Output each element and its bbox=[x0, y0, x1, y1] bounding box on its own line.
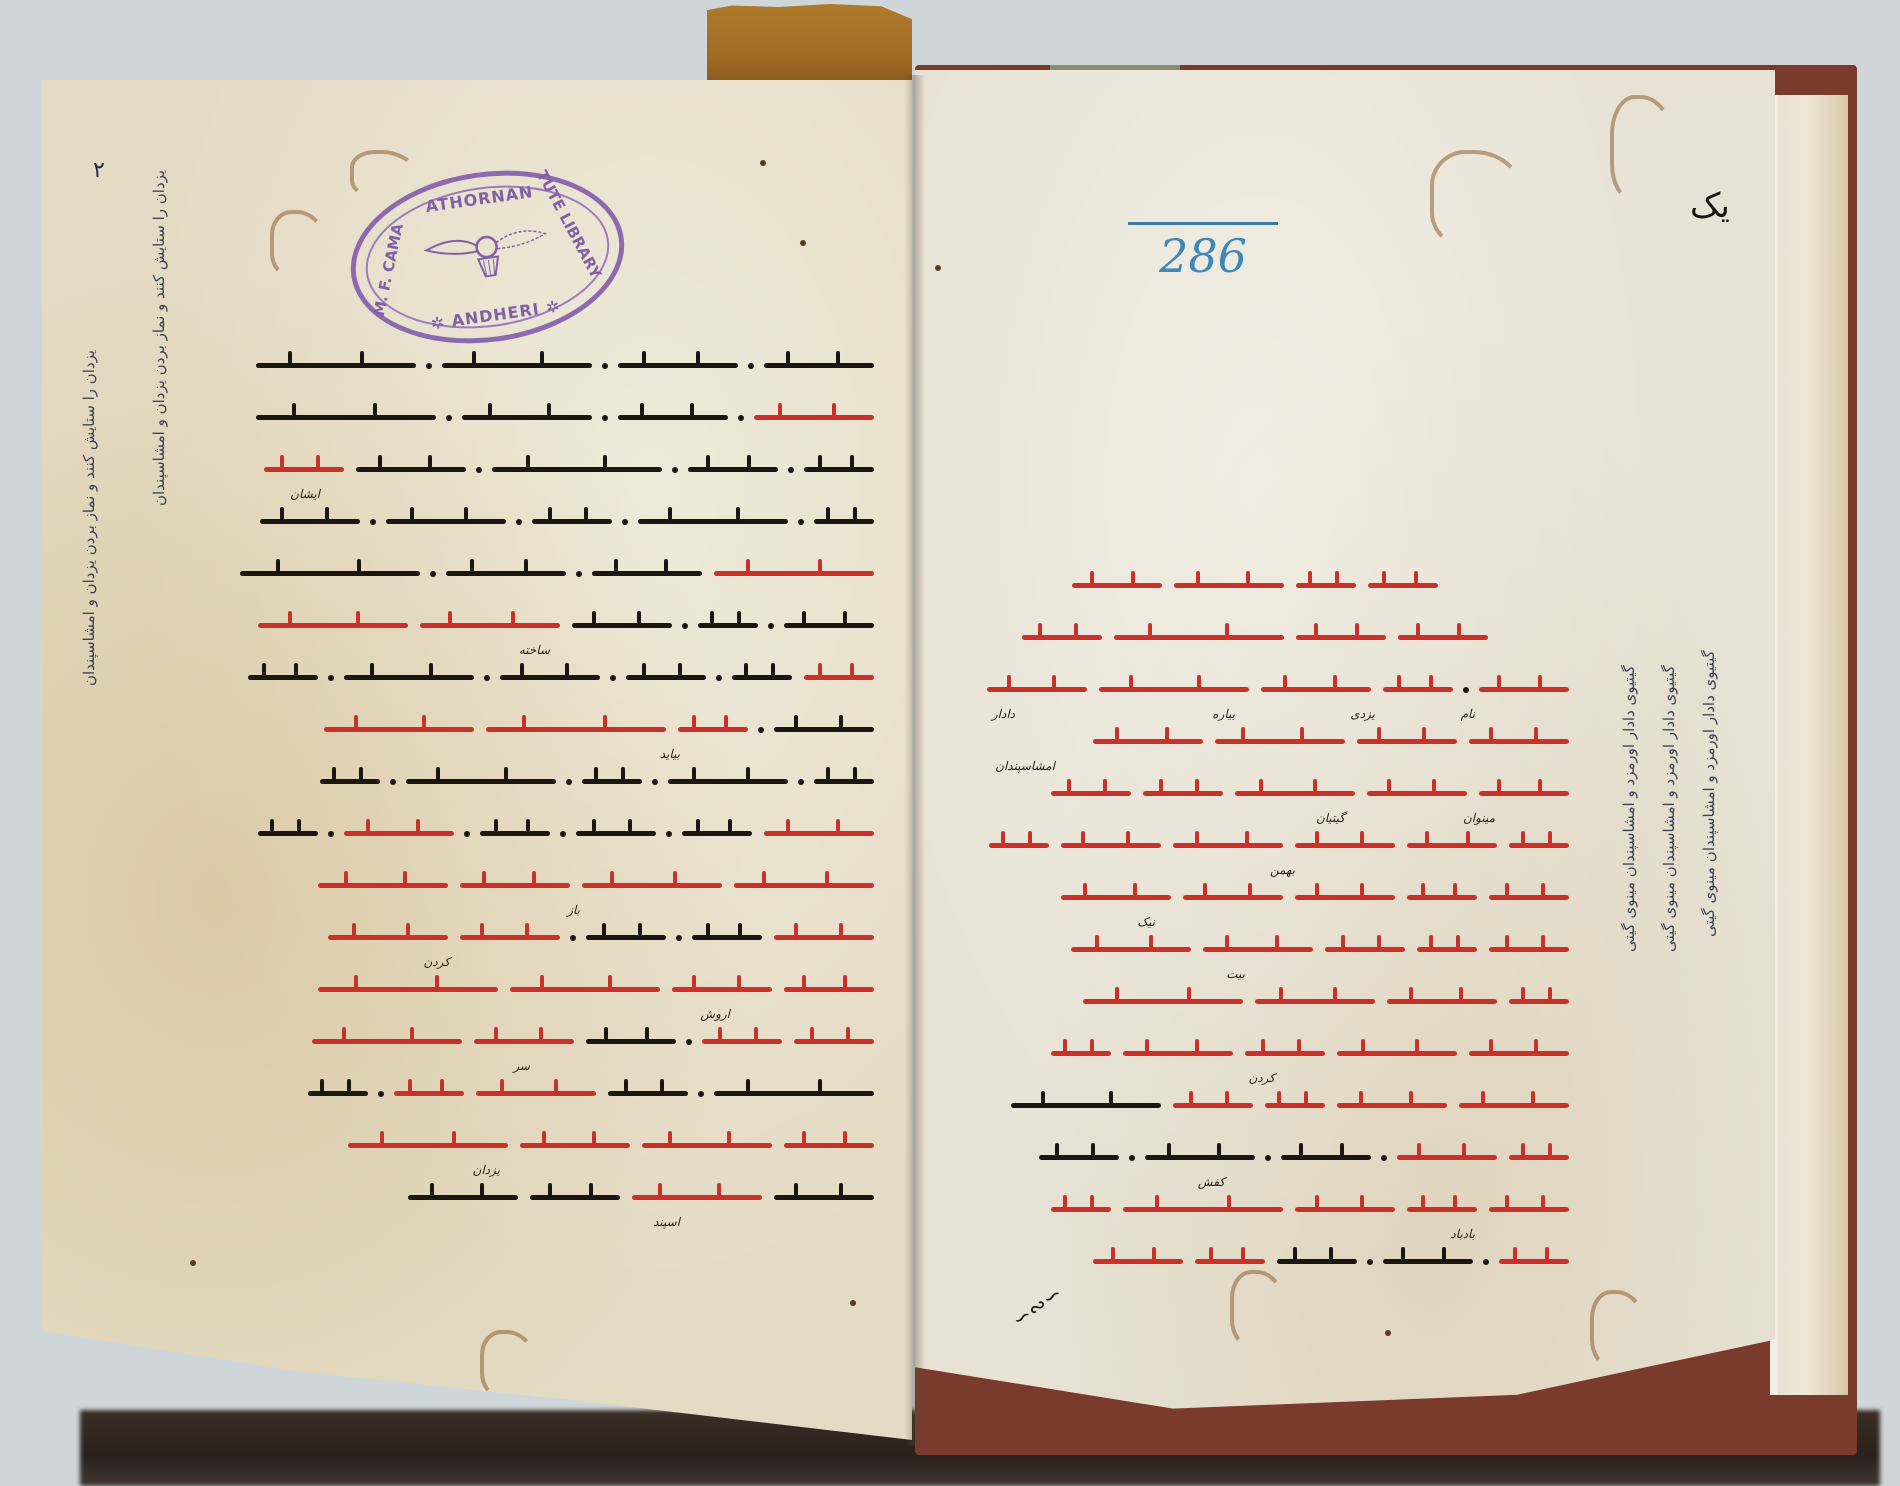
wormhole bbox=[1385, 1330, 1391, 1336]
text-line: بادباد bbox=[935, 1199, 1575, 1241]
gloss: اروش bbox=[700, 1007, 730, 1021]
text-line: اروش bbox=[230, 979, 880, 1021]
star-ornament-icon: ✲ bbox=[545, 296, 562, 317]
left-margin-note-2: یزدان را ستایش کنند و نماز بردن یزدان و … bbox=[80, 350, 98, 1250]
text-line: ایشان bbox=[230, 459, 880, 501]
text-line: بهمن bbox=[935, 835, 1575, 877]
gloss: بیاره bbox=[1212, 707, 1235, 721]
book-gutter bbox=[905, 75, 925, 1445]
gloss: یزدی bbox=[1350, 707, 1375, 721]
gloss: نام bbox=[1461, 707, 1475, 721]
text-line bbox=[230, 407, 880, 449]
gloss: کردن bbox=[1249, 1071, 1276, 1085]
wormhole bbox=[190, 1260, 196, 1266]
heading-line bbox=[935, 627, 1575, 669]
right-margin-note: گیتیوی دادار اورمزد و امشاسپندان مینوی گ… bbox=[1620, 665, 1638, 1295]
text-line: نیک bbox=[935, 887, 1575, 929]
text-line bbox=[230, 771, 880, 813]
text-line bbox=[230, 667, 880, 709]
text-line: کردن bbox=[935, 1043, 1575, 1085]
text-line: ساخته bbox=[230, 615, 880, 657]
gloss: کفش bbox=[1198, 1175, 1225, 1189]
text-line: نامیزدیبیارهدادار bbox=[935, 679, 1575, 721]
text-line bbox=[230, 823, 880, 865]
gloss: یزدان bbox=[473, 1163, 500, 1177]
wormhole bbox=[850, 1300, 856, 1306]
text-line: امشاسپندان bbox=[935, 731, 1575, 773]
wormhole bbox=[800, 240, 806, 246]
text-line: کردن bbox=[230, 927, 880, 969]
text-line bbox=[935, 1251, 1575, 1293]
text-line bbox=[935, 991, 1575, 1033]
right-folio-word: یک bbox=[1690, 186, 1730, 226]
left-text-block: ایشان ساخته بیاید باز کردن اروش سر یزدان… bbox=[230, 355, 880, 1239]
gloss: ایشان bbox=[290, 487, 320, 501]
text-line: مینوانگیتیان bbox=[935, 783, 1575, 825]
gloss: دادار bbox=[992, 707, 1015, 721]
text-line bbox=[230, 563, 880, 605]
wormhole bbox=[760, 160, 766, 166]
text-line: بیاید bbox=[230, 719, 880, 761]
gloss: بادباد bbox=[1450, 1227, 1475, 1241]
text-line bbox=[230, 511, 880, 553]
gloss: اسپند bbox=[653, 1215, 680, 1229]
text-line bbox=[935, 1095, 1575, 1137]
brown-tape-tab bbox=[707, 4, 912, 80]
text-line: باز bbox=[230, 875, 880, 917]
text-line: اسپند bbox=[230, 1187, 880, 1229]
text-line bbox=[230, 1083, 880, 1125]
text-line bbox=[230, 355, 880, 397]
wormhole bbox=[935, 265, 941, 271]
page-edges bbox=[1770, 95, 1848, 1395]
gloss: بیاید bbox=[660, 747, 680, 761]
gloss: نیک bbox=[1137, 915, 1155, 929]
water-stain bbox=[350, 150, 418, 198]
gloss: ساخته bbox=[519, 643, 550, 657]
gloss: امشاسپندان bbox=[995, 759, 1055, 773]
text-line: یزدان bbox=[230, 1135, 880, 1177]
right-margin-note-2: گیتیوی دادار اورمزد و امشاسپندان مینوی گ… bbox=[1660, 665, 1678, 1225]
right-margin-note-3: گیتیوی دادار اورمزد و امشاسپندان مینوی گ… bbox=[1700, 650, 1718, 950]
text-line: کفش bbox=[935, 1147, 1575, 1189]
gloss: باز bbox=[567, 903, 580, 917]
star-ornament-icon: ✲ bbox=[430, 313, 447, 334]
gloss: سر bbox=[513, 1059, 530, 1073]
text-line: بیت bbox=[935, 939, 1575, 981]
right-text-block: نامیزدیبیارهدادار امشاسپندان مینوانگیتیا… bbox=[935, 575, 1575, 1303]
left-folio-number: ۲ bbox=[93, 158, 105, 183]
text-line: سر bbox=[230, 1031, 880, 1073]
left-margin-note: یزدان را ستایش کنند و نماز بردن یزدان و … bbox=[150, 170, 168, 1270]
gloss: کردن bbox=[424, 955, 451, 969]
gloss: مینوان bbox=[1463, 811, 1495, 825]
gloss: گیتیان bbox=[1316, 811, 1345, 825]
heading-line bbox=[935, 575, 1575, 617]
gloss: بهمن bbox=[1270, 863, 1295, 877]
shelfmark-number: 286 bbox=[1128, 222, 1278, 283]
gloss: بیت bbox=[1226, 967, 1245, 981]
